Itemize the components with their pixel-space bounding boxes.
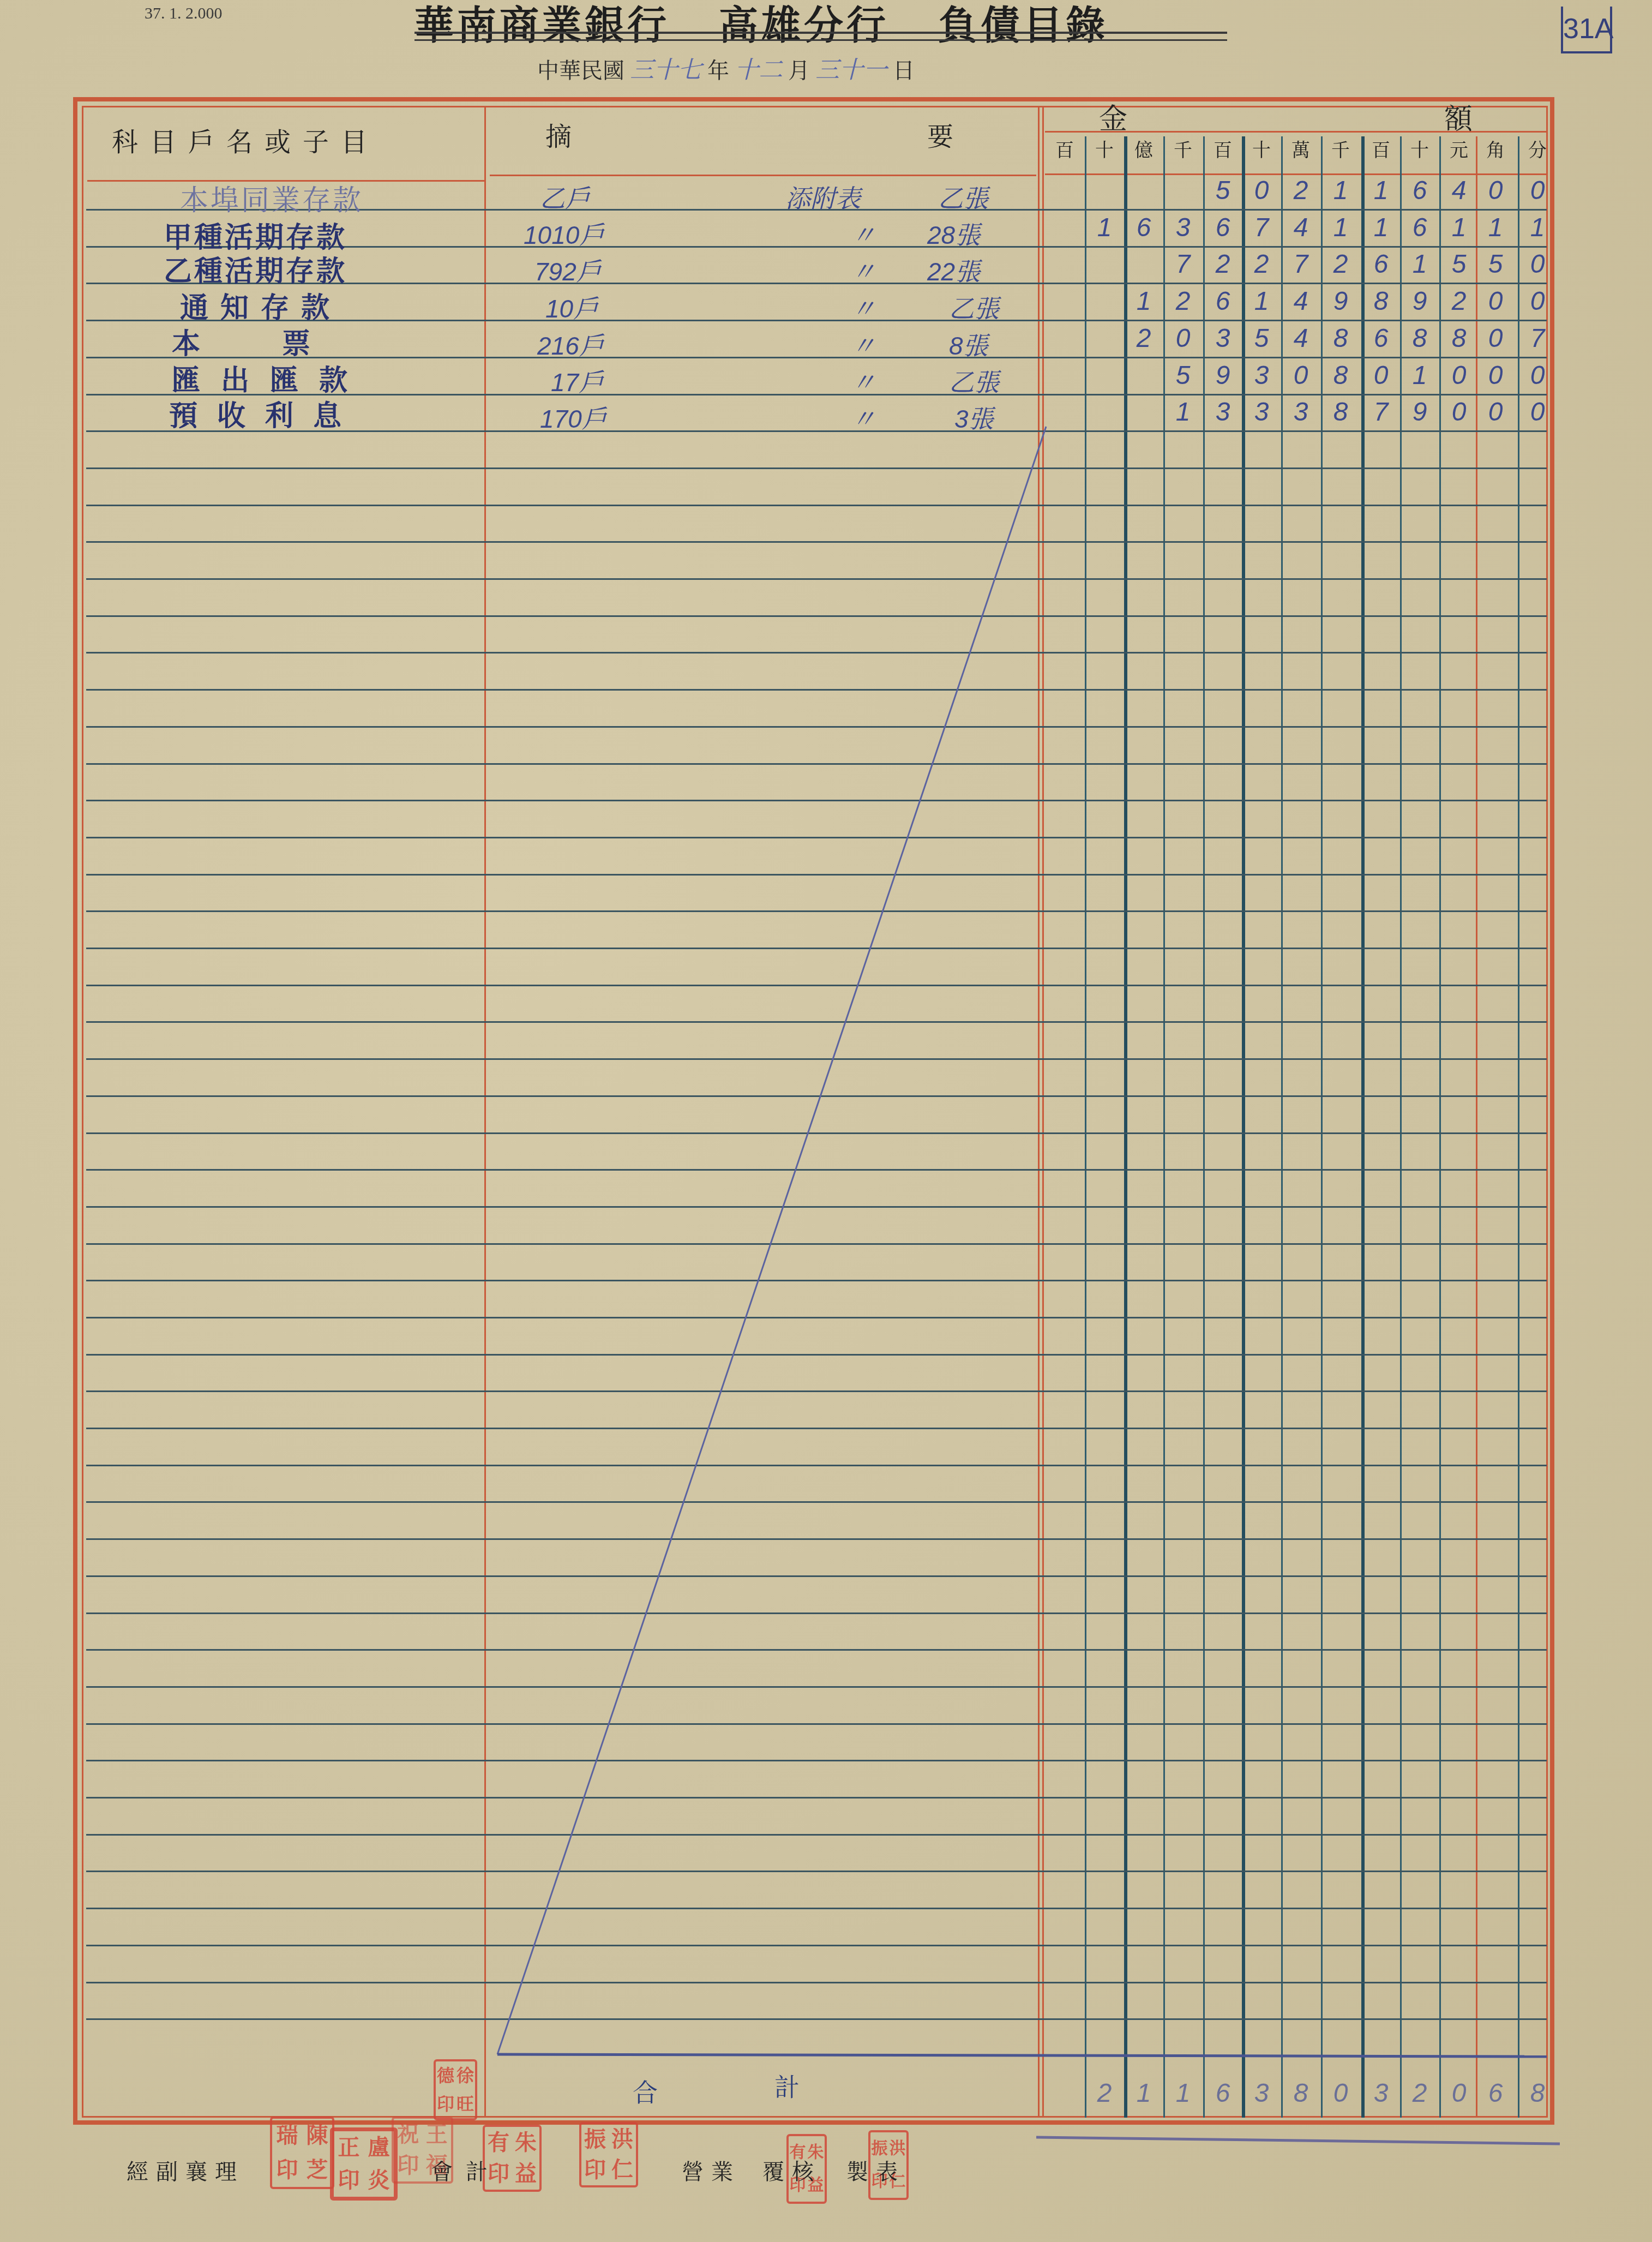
label-prepared: 製表	[846, 2155, 905, 2186]
total-label-right: 計	[774, 2067, 800, 2103]
label-business: 營業	[682, 2155, 741, 2186]
stamp-chen-ruizhi: 陳瑞芝印	[270, 2117, 334, 2189]
label-review: 覆核	[762, 2155, 821, 2186]
stamp-lu-zhengyan: 盧正炎印	[330, 2127, 398, 2201]
label-accounting: 會計	[431, 2155, 501, 2186]
cancel-diagonal-line	[0, 0, 1652, 2242]
label-manager: 經副襄理	[127, 2155, 244, 2186]
stamp-hong-zhenren-accounting: 洪振仁印	[579, 2122, 638, 2187]
stamp-xu-dewang: 徐德旺印	[434, 2059, 477, 2120]
total-label-left: 合	[633, 2073, 658, 2109]
